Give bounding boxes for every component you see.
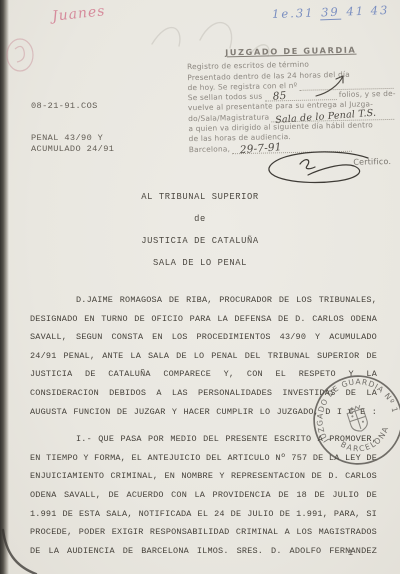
circled-pencil-mark bbox=[7, 39, 33, 71]
file-code: 08-21-91.COS bbox=[31, 101, 114, 112]
body-line: D.JAIME ROMAGOSA DE RIBA, PROCURADOR DE … bbox=[30, 295, 377, 314]
file-reference-block: 08-21-91.COS PENAL 43/90 Y ACUMULADO 24/… bbox=[31, 101, 114, 155]
heading-line: JUSTICIA DE CATALUÑA bbox=[30, 236, 370, 258]
body-line: PROCEDE, PODER EXIGIR RESPONSABILIDAD CR… bbox=[30, 527, 377, 546]
seal-coat-of-arms-icon bbox=[346, 405, 370, 434]
court-heading: AL TRIBUNAL SUPERIOR de JUSTICIA DE CATA… bbox=[30, 192, 370, 280]
registry-stamp: JUZGADO DE GUARDIA Registro de escritos … bbox=[187, 44, 398, 172]
certify-label: Certifico. bbox=[189, 157, 397, 172]
body-line: DESIGNADO EN TURNO DE OFICIO PARA LA DEF… bbox=[30, 314, 377, 333]
page-number: 1 bbox=[348, 548, 353, 558]
scanned-legal-document: Juanes 1e.31 39 41 43 JUZGADO DE GUARDIA… bbox=[0, 0, 400, 574]
body-line: SAVALL, SEGUN CONSTA EN LOS PROCEDIMIENT… bbox=[30, 332, 377, 351]
svg-text:BARCELONA: BARCELONA bbox=[336, 422, 395, 460]
heading-line: AL TRIBUNAL SUPERIOR bbox=[30, 192, 370, 214]
handwritten-red-note: Juanes bbox=[51, 3, 106, 25]
body-line: ODENA SAVALL, DE ACUERDO CON LA PROVIDEN… bbox=[30, 490, 377, 509]
case-number-line2: ACUMULADO 24/91 bbox=[31, 144, 114, 155]
handwritten-blue-numbers: 1e.31 39 41 43 bbox=[272, 3, 390, 21]
stamp-label: folios, y se de- bbox=[339, 89, 396, 100]
blue-number-part: 41 43 bbox=[346, 3, 389, 18]
body-line: DE LA AUDIENCIA DE BARCELONA ILMOS. SRES… bbox=[30, 546, 377, 565]
heading-line: de bbox=[30, 214, 370, 236]
dotted-blank: 29-7-91 bbox=[232, 144, 352, 155]
handwritten-folio-count: 85 bbox=[272, 91, 286, 102]
seal-bottom-text: BARCELONA bbox=[336, 422, 395, 460]
body-line: ENJUICIAMIENTO CRIMINAL, EN NOMBRE Y REP… bbox=[30, 471, 377, 490]
handwritten-date: 29-7-91 bbox=[240, 142, 283, 155]
case-number-line1: PENAL 43/90 Y bbox=[31, 133, 114, 144]
blue-number-underlined: 39 bbox=[320, 5, 341, 21]
registry-stamp-title: JUZGADO DE GUARDIA bbox=[187, 44, 395, 59]
blue-number-part: 1e.31 bbox=[272, 6, 315, 21]
heading-line: SALA DE LO PENAL bbox=[30, 258, 370, 280]
body-line: 24/91 PENAL, ANTE LA SALA DE LO PENAL DE… bbox=[30, 351, 377, 370]
dotted-blank: 85 bbox=[264, 93, 337, 103]
body-line: 1.991 DE ESTA SALA, NOTIFICADA EL 24 DE … bbox=[30, 509, 377, 528]
stamp-label: Barcelona, bbox=[189, 144, 230, 155]
scan-page-edge bbox=[0, 0, 9, 574]
